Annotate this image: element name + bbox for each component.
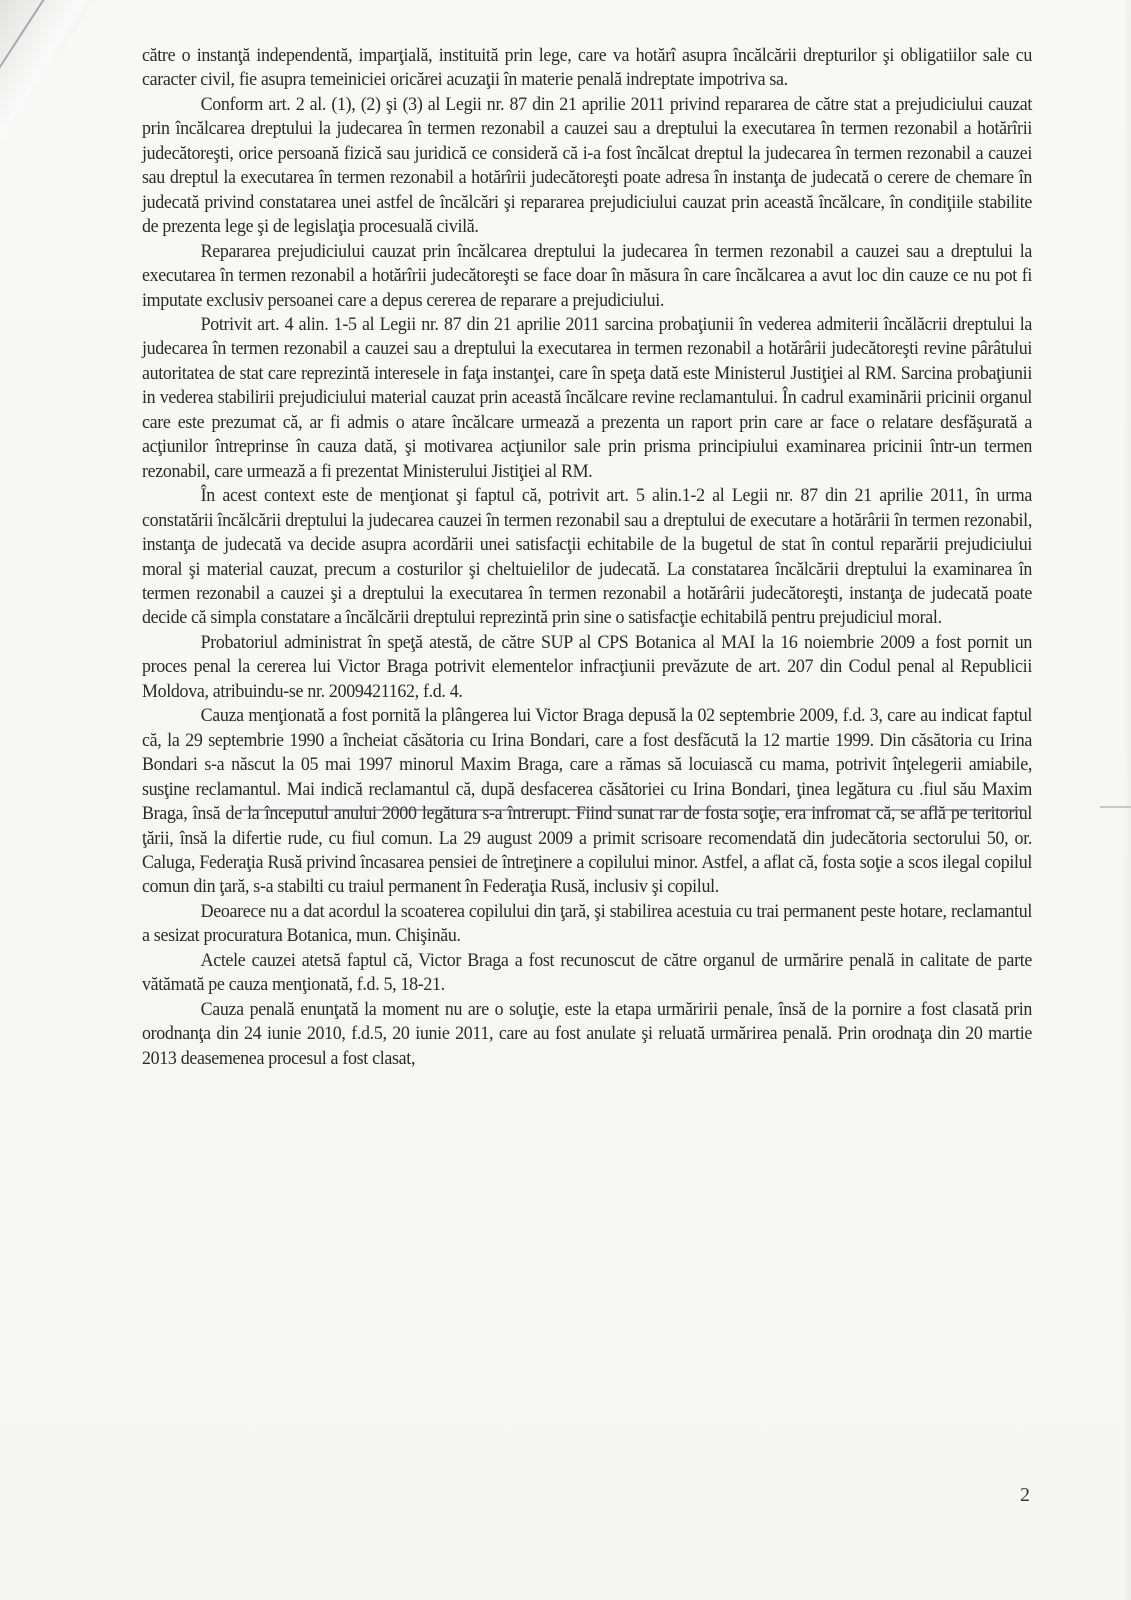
scan-mark — [1100, 806, 1131, 808]
paragraph-5: În acest context este de menţionat şi fa… — [142, 484, 1032, 631]
paragraph-4: Potrivit art. 4 alin. 1-5 al Legii nr. 8… — [142, 313, 1032, 484]
paragraph-10: Cauza penală enunţată la moment nu are o… — [142, 998, 1032, 1071]
paragraph-7: Cauza menţionată a fost pornită la plâng… — [142, 704, 1032, 900]
document-body: către o instanţă independentă, imparţial… — [142, 44, 1032, 1071]
page-edge-shadow — [1123, 0, 1131, 1600]
strikethrough-line — [240, 809, 1025, 811]
scanned-page: către o instanţă independentă, imparţial… — [0, 0, 1131, 1600]
paragraph-2: Conform art. 2 al. (1), (2) şi (3) al Le… — [142, 93, 1032, 240]
paragraph-9: Actele cauzei atetsă faptul că, Victor B… — [142, 949, 1032, 998]
folded-corner — [0, 0, 95, 145]
paragraph-3: Repararea prejudiciului cauzat prin încă… — [142, 240, 1032, 313]
paragraph-8: Deoarece nu a dat acordul la scoaterea c… — [142, 900, 1032, 949]
page-number: 2 — [1020, 1484, 1030, 1507]
paragraph-6: Probatoriul administrat în speţă atestă,… — [142, 631, 1032, 704]
paragraph-1: către o instanţă independentă, imparţial… — [142, 44, 1032, 93]
